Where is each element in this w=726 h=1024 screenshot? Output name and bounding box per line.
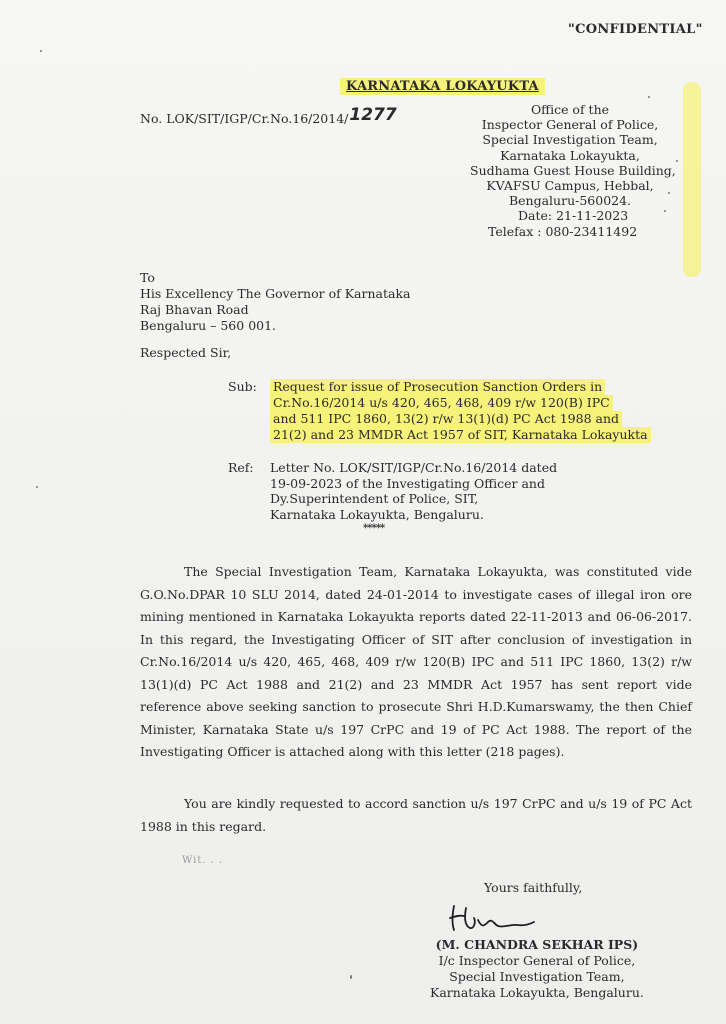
signatory-name: (M. CHANDRA SEKHAR IPS)	[430, 937, 644, 953]
subject-line: 21(2) and 23 MMDR Act 1957 of SIT, Karna…	[270, 427, 651, 443]
office-line: Office of the	[470, 102, 670, 117]
subject-line: and 511 IPC 1860, 13(2) r/w 13(1)(d) PC …	[270, 411, 622, 427]
recipient-line: His Excellency The Governor of Karnataka	[140, 286, 410, 302]
office-line: Bengaluru-560024.	[470, 193, 670, 208]
office-line: Special Investigation Team,	[470, 132, 670, 147]
reference-line: Letter No. LOK/SIT/IGP/Cr.No.16/2014 dat…	[270, 460, 557, 476]
subject-label: Sub:	[228, 379, 257, 394]
recipient-line: Raj Bhavan Road	[140, 302, 410, 318]
signatory-designation: Karnataka Lokayukta, Bengaluru.	[430, 985, 644, 1001]
office-line: Sudhama Guest House Building,	[470, 163, 670, 178]
reference-line: 19-09-2023 of the Investigating Officer …	[270, 476, 557, 492]
margin-highlight-mark	[683, 82, 701, 277]
reference-label: Ref:	[228, 460, 254, 475]
subject-line: Cr.No.16/2014 u/s 420, 465, 468, 409 r/w…	[270, 395, 613, 411]
body-paragraph-1: The Special Investigation Team, Karnatak…	[140, 561, 692, 764]
recipient-block: To His Excellency The Governor of Karnat…	[140, 270, 410, 334]
subject-text: Request for issue of Prosecution Sanctio…	[270, 379, 651, 443]
letter-date: Date: 21-11-2023	[470, 208, 670, 223]
reference-line: Karnataka Lokayukta, Bengaluru.	[270, 507, 557, 523]
scan-speck	[664, 210, 666, 212]
separator-stars: *****	[363, 523, 384, 534]
signatory-designation: Special Investigation Team,	[430, 969, 644, 985]
to-label: To	[140, 270, 410, 286]
office-line: Inspector General of Police,	[470, 117, 670, 132]
reference-line: Dy.Superintendent of Police, SIT,	[270, 491, 557, 507]
scan-speck	[36, 486, 38, 488]
office-line: KVAFSU Campus, Hebbal,	[470, 178, 670, 193]
scan-speck	[40, 50, 42, 52]
signature-image	[448, 898, 538, 940]
telefax-number: Telefax : 080-23411492	[470, 224, 670, 239]
organization-heading: KARNATAKA LOKAYUKTA	[340, 78, 545, 95]
valediction: Yours faithfully,	[484, 880, 582, 895]
body-paragraph-2: You are kindly requested to accord sanct…	[140, 793, 692, 838]
handwritten-number: 1277	[349, 105, 396, 125]
confidential-label: "CONFIDENTIAL"	[568, 22, 703, 37]
signature-scribble-icon	[448, 898, 538, 936]
scan-speck	[350, 975, 352, 979]
signatory-block: (M. CHANDRA SEKHAR IPS) I/c Inspector Ge…	[430, 937, 644, 1001]
scan-speck	[676, 160, 678, 162]
recipient-line: Bengaluru – 560 001.	[140, 318, 410, 334]
scan-speck	[668, 192, 670, 194]
office-address-block: Office of the Inspector General of Polic…	[470, 102, 670, 239]
subject-line: Request for issue of Prosecution Sanctio…	[270, 379, 605, 395]
scan-speck	[648, 96, 650, 98]
reference-number-text: No. LOK/SIT/IGP/Cr.No.16/2014/	[140, 111, 348, 126]
letter-page: "CONFIDENTIAL" KARNATAKA LOKAYUKTA No. L…	[0, 0, 726, 1024]
signatory-designation: I/c Inspector General of Police,	[430, 953, 644, 969]
reference-text: Letter No. LOK/SIT/IGP/Cr.No.16/2014 dat…	[270, 460, 557, 522]
office-line: Karnataka Lokayukta,	[470, 148, 670, 163]
salutation: Respected Sir,	[140, 345, 231, 360]
faint-handwritten-mark: Wit. . .	[182, 855, 223, 866]
letter-reference-number: No. LOK/SIT/IGP/Cr.No.16/2014/1277	[140, 108, 397, 128]
